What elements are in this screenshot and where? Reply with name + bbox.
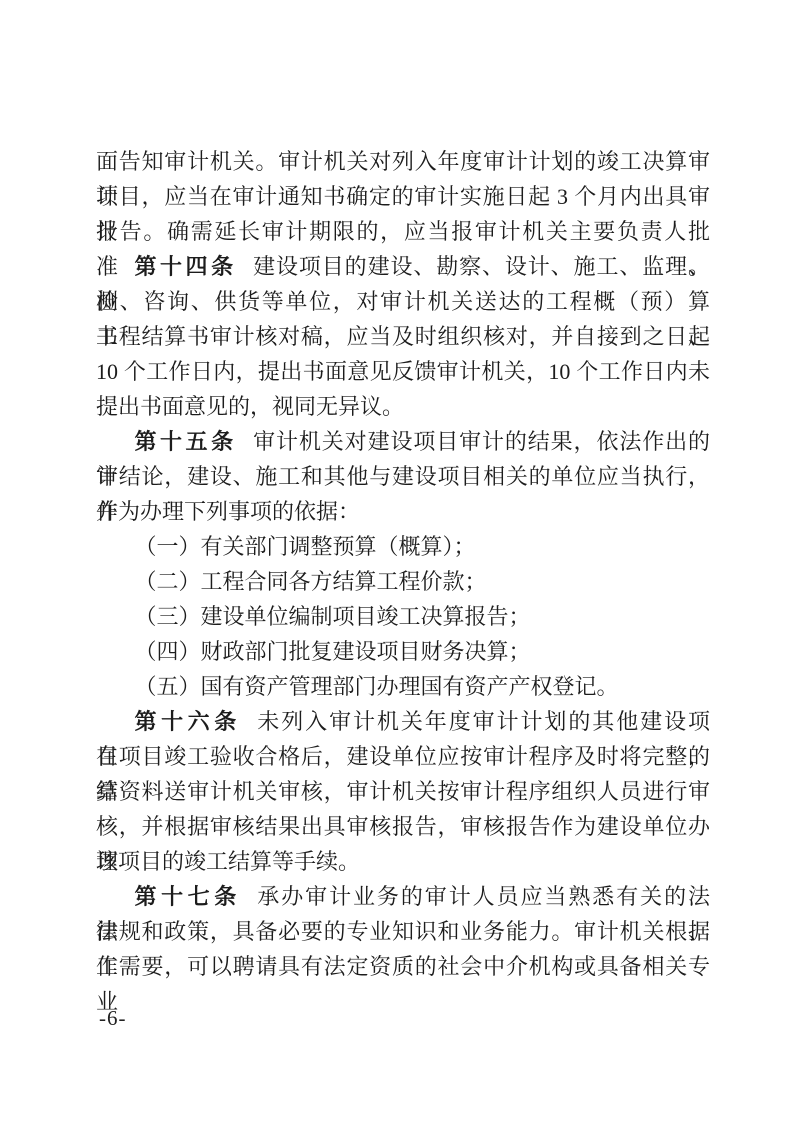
text-line: 第十四条建设项目的建设、勘察、设计、施工、监理、检 [96,249,710,284]
article-number: 第十六条 [135,709,241,734]
article-number: 第十四条 [135,254,237,279]
text-line: 测、咨询、供货等单位，对审计机关送达的工程概（预）算书、 [96,284,710,319]
article-number: 第十五条 [135,429,237,454]
text-line: 第十六条未列入审计机关年度审计计划的其他建设项目， [96,704,710,739]
text-line: 作为办理下列事项的依据： [96,494,710,529]
list-item: （一）有关部门调整预算（概算）； [96,529,710,564]
text-line: 第十五条审计机关对建设项目审计的结果，依法作出的审 [96,424,710,459]
text-line: 面告知审计机关。审计机关对列入年度审计计划的竣工决算审计 [96,144,710,179]
text-line: 工程结算书审计核对稿，应当及时组织核对，并自接到之日起 [96,319,710,354]
text-line: 法规和政策，具备必要的专业知识和业务能力。审计机关根据工 [96,914,710,949]
text-line: 报告。确需延长审计期限的，应当报审计机关主要负责人批准。 [96,214,710,249]
text-line: 提出书面意见的，视同无异议。 [96,389,710,424]
text-line: 10 个工作日内，提出书面意见反馈审计机关，10 个工作日内未 [96,354,710,389]
text-line: 在项目竣工验收合格后，建设单位应按审计程序及时将完整的结 [96,739,710,774]
text-line: 作需要，可以聘请具有法定资质的社会中介机构或具备相关专业 [96,949,710,984]
text-line: 该项目的竣工结算等手续。 [96,844,710,879]
text-line: 第十七条承办审计业务的审计人员应当熟悉有关的法律、 [96,879,710,914]
page-number: -6- [99,1004,127,1032]
list-item: （二）工程合同各方结算工程价款； [96,564,710,599]
article-number: 第十七条 [135,884,241,909]
text-line: 项目，应当在审计通知书确定的审计实施日起 3 个月内出具审计 [96,179,710,214]
text-line: 算资料送审计机关审核，审计机关按审计程序组织人员进行审 [96,774,710,809]
list-item: （四）财政部门批复建设项目财务决算； [96,634,710,669]
text-line: 核，并根据审核结果出具审核报告，审核报告作为建设单位办理 [96,809,710,844]
document-page: 面告知审计机关。审计机关对列入年度审计计划的竣工决算审计 项目，应当在审计通知书… [0,0,800,1131]
document-body: 面告知审计机关。审计机关对列入年度审计计划的竣工决算审计 项目，应当在审计通知书… [96,144,710,984]
list-item: （三）建设单位编制项目竣工决算报告； [96,599,710,634]
list-item: （五）国有资产管理部门办理国有资产产权登记。 [96,669,710,704]
text-line: 计结论，建设、施工和其他与建设项目相关的单位应当执行，并 [96,459,710,494]
